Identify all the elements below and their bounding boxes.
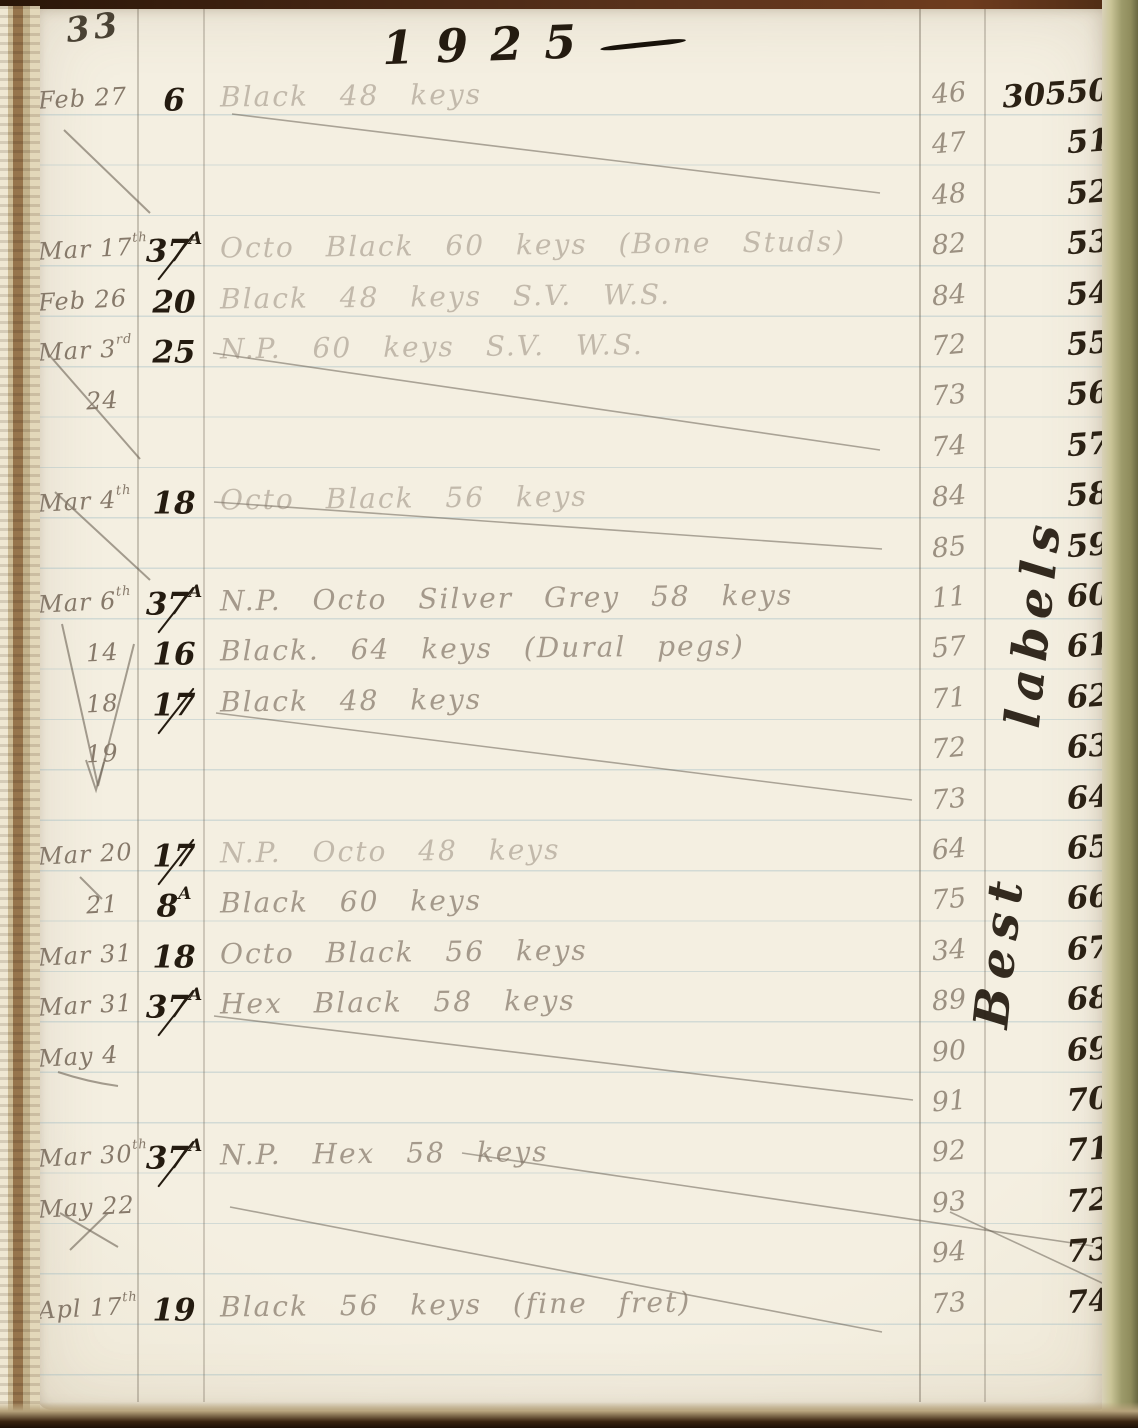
batch-number-cell: 89 — [914, 973, 984, 1029]
quantity-cell: 37A — [141, 220, 207, 276]
batch-number-cell: 92 — [914, 1125, 984, 1181]
book-binding-edge — [0, 6, 40, 1414]
date-cell: 24 — [37, 367, 192, 429]
date-cell: Feb 27 — [37, 66, 144, 125]
ledger-row: 19 72 63 — [0, 724, 1138, 776]
batch-number-cell: 84 — [914, 469, 984, 525]
description-cell: Black 48 keys S.V. W.S. — [220, 267, 890, 324]
description-cell: Octo Black 60 keys (Bone Studs) — [220, 217, 890, 274]
date-cell: Mar 20 — [37, 822, 144, 881]
ledger-row: Feb 27 6 Black 48 keys 46 30550 — [0, 69, 1138, 121]
description-cell: N.P. 60 keys S.V. W.S. — [220, 317, 890, 374]
ledger-row: Mar 6th 37A N.P. Octo Silver Grey 58 key… — [0, 573, 1138, 625]
batch-number-cell: 11 — [914, 570, 984, 626]
batch-number-cell: 73 — [914, 772, 984, 828]
batch-number-cell: 94 — [914, 1225, 984, 1281]
batch-number-cell: 90 — [914, 1024, 984, 1080]
ledger-row: Mar 3rd 25 N.P. 60 keys S.V. W.S. 72 55 — [0, 321, 1138, 373]
ledger-row: Mar 31 37A Hex Black 58 keys 89 68 — [0, 976, 1138, 1028]
quantity-cell: 8A — [141, 875, 207, 931]
ledger-row: 73 64 — [0, 775, 1138, 827]
quantity-cell: 6 — [141, 69, 207, 125]
quantity-cell: 19 — [141, 1279, 207, 1335]
ledger-row: Mar 4th 18 Octo Black 56 keys 84 58 — [0, 472, 1138, 524]
book-right-page-edge — [1102, 0, 1138, 1428]
date-cell: Mar 6th — [37, 570, 144, 629]
batch-number-cell: 72 — [914, 318, 984, 374]
ledger-row: 74 57 — [0, 422, 1138, 474]
description-cell: Black 48 keys — [220, 65, 890, 122]
quantity-cell: 37A — [141, 976, 207, 1032]
ledger-row: Apl 17th 19 Black 56 keys (fine fret) 73… — [0, 1279, 1138, 1331]
batch-number-cell: 93 — [914, 1175, 984, 1231]
batch-number-cell: 34 — [914, 923, 984, 979]
description-cell: Hex Black 58 keys — [220, 973, 890, 1030]
ledger-row: 85 59 — [0, 523, 1138, 575]
description-cell: Octo Black 56 keys — [220, 922, 890, 979]
date-cell: Mar 3rd — [37, 318, 144, 377]
date-cell: Mar 31 — [37, 974, 144, 1033]
date-cell: 19 — [37, 720, 192, 782]
batch-number-cell: 82 — [914, 217, 984, 273]
ledger-row: May 4 90 69 — [0, 1027, 1138, 1079]
ledger-row: Mar 17th 37A Octo Black 60 keys (Bone St… — [0, 220, 1138, 272]
date-cell: Mar 17th — [37, 218, 144, 277]
batch-number-cell: 72 — [914, 721, 984, 777]
ledger-row: Mar 30th 37A N.P. Hex 58 keys 92 71 — [0, 1127, 1138, 1179]
ledger-row: 14 16 Black. 64 keys (Dural pegs) 57 61 — [0, 623, 1138, 675]
date-cell: May 22 — [37, 1175, 144, 1234]
ledger-row: 18 17 Black 48 keys 71 62 — [0, 674, 1138, 726]
description-cell: Black 56 keys (fine fret) — [220, 1275, 890, 1332]
quantity-cell: 18 — [141, 472, 207, 528]
batch-number-cell: 75 — [914, 873, 984, 929]
ledger-row: 24 73 56 — [0, 371, 1138, 423]
description-cell: Black 48 keys — [220, 670, 890, 727]
ledger-row: Mar 20 17 N.P. Octo 48 keys 64 65 — [0, 825, 1138, 877]
page-number: 33 — [64, 5, 124, 51]
batch-number-cell: 47 — [914, 117, 984, 173]
ledger-row: 94 73 — [0, 1228, 1138, 1280]
description-cell: N.P. Octo 48 keys — [220, 821, 890, 878]
ledger-row: Feb 26 20 Black 48 keys S.V. W.S. 84 54 — [0, 271, 1138, 323]
description-cell: N.P. Hex 58 keys — [220, 1124, 890, 1181]
description-cell: Black. 64 keys (Dural pegs) — [220, 620, 890, 677]
quantity-cell: 37A — [141, 1127, 207, 1183]
batch-number-cell: 48 — [914, 167, 984, 223]
ledger-scan: 33 1925 Best labels Feb 27 6 Black 48 ke… — [0, 0, 1138, 1428]
description-cell: Octo Black 56 keys — [220, 469, 890, 526]
ledger-row: 48 52 — [0, 170, 1138, 222]
batch-number-cell: 73 — [914, 1276, 984, 1332]
ledger-row: Mar 31 18 Octo Black 56 keys 34 67 — [0, 926, 1138, 978]
ledger-row: 21 8A Black 60 keys 75 66 — [0, 875, 1138, 927]
batch-number-cell: 57 — [914, 621, 984, 677]
batch-number-cell: 71 — [914, 671, 984, 727]
batch-number-cell: 91 — [914, 1074, 984, 1130]
date-cell: Mar 4th — [37, 470, 144, 529]
book-bottom-edge — [0, 1402, 1138, 1428]
date-cell: May 4 — [37, 1024, 144, 1083]
quantity-cell: 18 — [141, 926, 207, 982]
batch-number-cell: 74 — [914, 419, 984, 475]
ledger-row: 91 70 — [0, 1077, 1138, 1129]
year-heading: 1925 — [381, 11, 687, 76]
batch-number-cell: 73 — [914, 369, 984, 425]
ledger-row: May 22 93 72 — [0, 1178, 1138, 1230]
book-top-edge — [0, 0, 1138, 9]
description-cell: Black 60 keys — [220, 872, 890, 929]
date-cell: Apl 17th — [37, 1276, 144, 1335]
batch-number-cell: 64 — [914, 822, 984, 878]
quantity-cell: 20 — [141, 271, 207, 327]
batch-number-cell: 84 — [914, 268, 984, 324]
ledger-row: 47 51 — [0, 119, 1138, 171]
description-cell: N.P. Octo Silver Grey 58 keys — [220, 569, 890, 626]
batch-number-cell: 46 — [914, 66, 984, 122]
batch-number-cell: 85 — [914, 520, 984, 576]
